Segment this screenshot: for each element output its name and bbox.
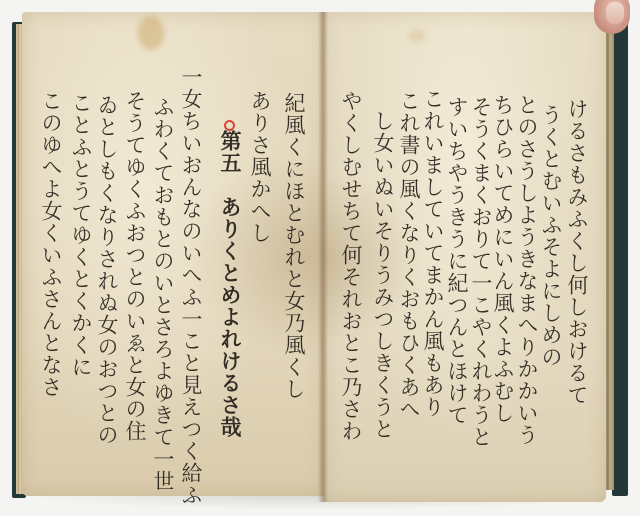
left-page-column-2: ありさ風かへし <box>249 90 270 244</box>
right-page-column-6: すいちやうきうに紀つんとほけて <box>446 96 467 426</box>
left-page-column-4: 一女ちいおんなのいへふ一こと見えつく給ふ <box>180 66 201 506</box>
book-photo: 紀風くにほとむれと女乃風くし ありさ風かへし 第五 ありくとめよれけるさ哉 一女… <box>0 0 640 516</box>
right-page-column-7: これいましていてまかん風もあり <box>422 88 443 418</box>
book-gutter <box>318 12 328 502</box>
thumbnail-nail <box>606 2 624 24</box>
right-page-column-10: やくしむせちて何それおとこ乃さわ <box>340 90 361 442</box>
left-page-column-6: そうてゆくふおつとのいゑと女の住 <box>124 90 145 442</box>
water-stain <box>408 30 426 42</box>
left-page-column-9: このゆへよ女くいふさんとなさ <box>40 90 61 398</box>
right-page-column-1: けるさもみふくし何しおけるて <box>566 98 587 406</box>
water-stain <box>138 16 164 50</box>
red-circle-mark <box>224 120 235 131</box>
right-page-column-9: し女いぬいそりうみつしきくうと <box>372 110 393 440</box>
right-page-column-2: うくとむいふそよにしめの <box>540 104 561 368</box>
left-page-column-1: 紀風くにほとむれと女乃風くし <box>283 92 304 400</box>
left-page-column-7: ゐとしもくなりされぬ女のおつとの <box>96 94 117 446</box>
right-cover-edge <box>612 20 628 496</box>
right-page-column-5: そうくまくおりて一こやくれわうと <box>470 96 491 448</box>
left-page-column-3: 第五 ありくとめよれけるさ哉 <box>220 130 241 438</box>
left-page-column-8: ことふとうてゆくとくかくに <box>70 92 91 378</box>
right-page-column-4: ちひらいてめにいん風くよふむし <box>492 94 513 424</box>
right-page-column-3: とのさうしようきなまへりかかいう <box>516 94 537 446</box>
right-page-column-8: これ書の風くなりくおもひくあへ <box>398 90 419 420</box>
left-page-column-5: ふわくておもとのいとさろよゆきて一世 <box>152 96 173 492</box>
